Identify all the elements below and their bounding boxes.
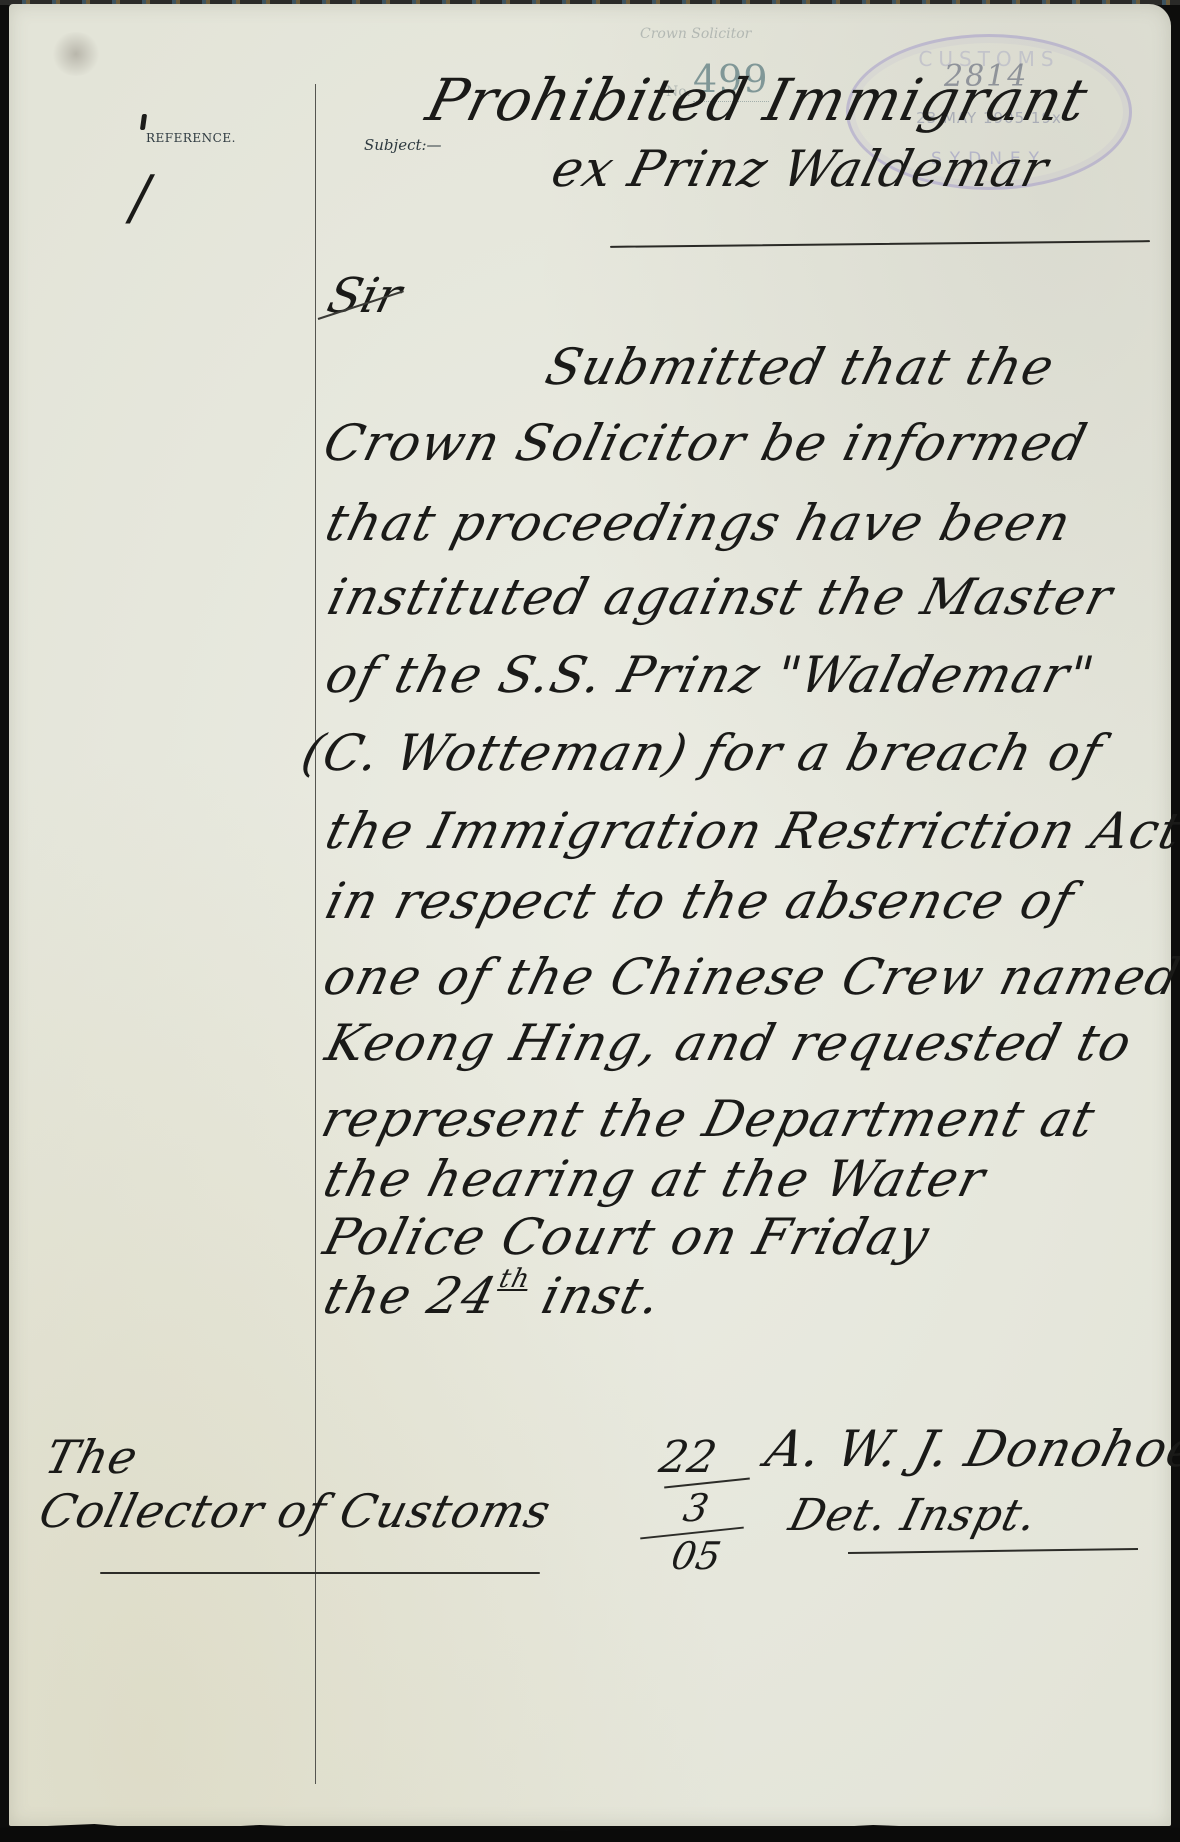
date-day: 22 <box>656 1432 721 1483</box>
body-last-line-suffix: inst. <box>519 1267 668 1325</box>
body-line-8: in respect to the absence of <box>320 872 1081 930</box>
subject-line-2: ex Prinz Waldemar <box>546 140 1055 198</box>
body-line-11: represent the Department at <box>316 1090 1102 1148</box>
body-line-13: Police Court on Friday <box>318 1208 936 1266</box>
signature-name: A. W. J. Donohoe <box>760 1420 1180 1478</box>
subject-line-1: Prohibited Immigrant <box>420 66 1095 134</box>
body-line-9: one of the Chinese Crew named <box>318 948 1180 1006</box>
signature-title: Det. Inspt. <box>784 1490 1043 1541</box>
date-year: 05 <box>668 1534 724 1578</box>
body-line-2: Crown Solicitor be informed <box>318 414 1094 472</box>
salutation: Sir <box>322 268 407 324</box>
body-line-10: Keong Hing, and requested to <box>320 1014 1139 1072</box>
subject-label: Subject:— <box>364 136 442 154</box>
department-note: Crown Solicitor <box>640 26 751 42</box>
reference-number: / <box>130 168 150 228</box>
body-line-6: (C. Wotteman) for a breach of <box>296 724 1109 782</box>
ink-smudge <box>51 32 101 76</box>
body-line-7: the Immigration Restriction Act <box>320 802 1180 860</box>
body-line-3: that proceedings have been <box>320 494 1078 552</box>
body-line-4: instituted against the Master <box>322 568 1119 626</box>
addressee-line-2: Collector of Customs <box>34 1484 557 1538</box>
body-line-14: the 24th inst. <box>318 1264 669 1325</box>
addressee-underline <box>100 1572 540 1574</box>
reference-label: REFERENCE. <box>146 131 236 145</box>
body-line-5: of the S.S. Prinz "Waldemar" <box>320 646 1101 704</box>
body-line-12: the hearing at the Water <box>318 1150 992 1208</box>
body-line-1: Submitted that the <box>540 338 1061 396</box>
addressee-line-1: The <box>40 1430 144 1484</box>
body-last-line-prefix: the 24 <box>318 1267 503 1325</box>
